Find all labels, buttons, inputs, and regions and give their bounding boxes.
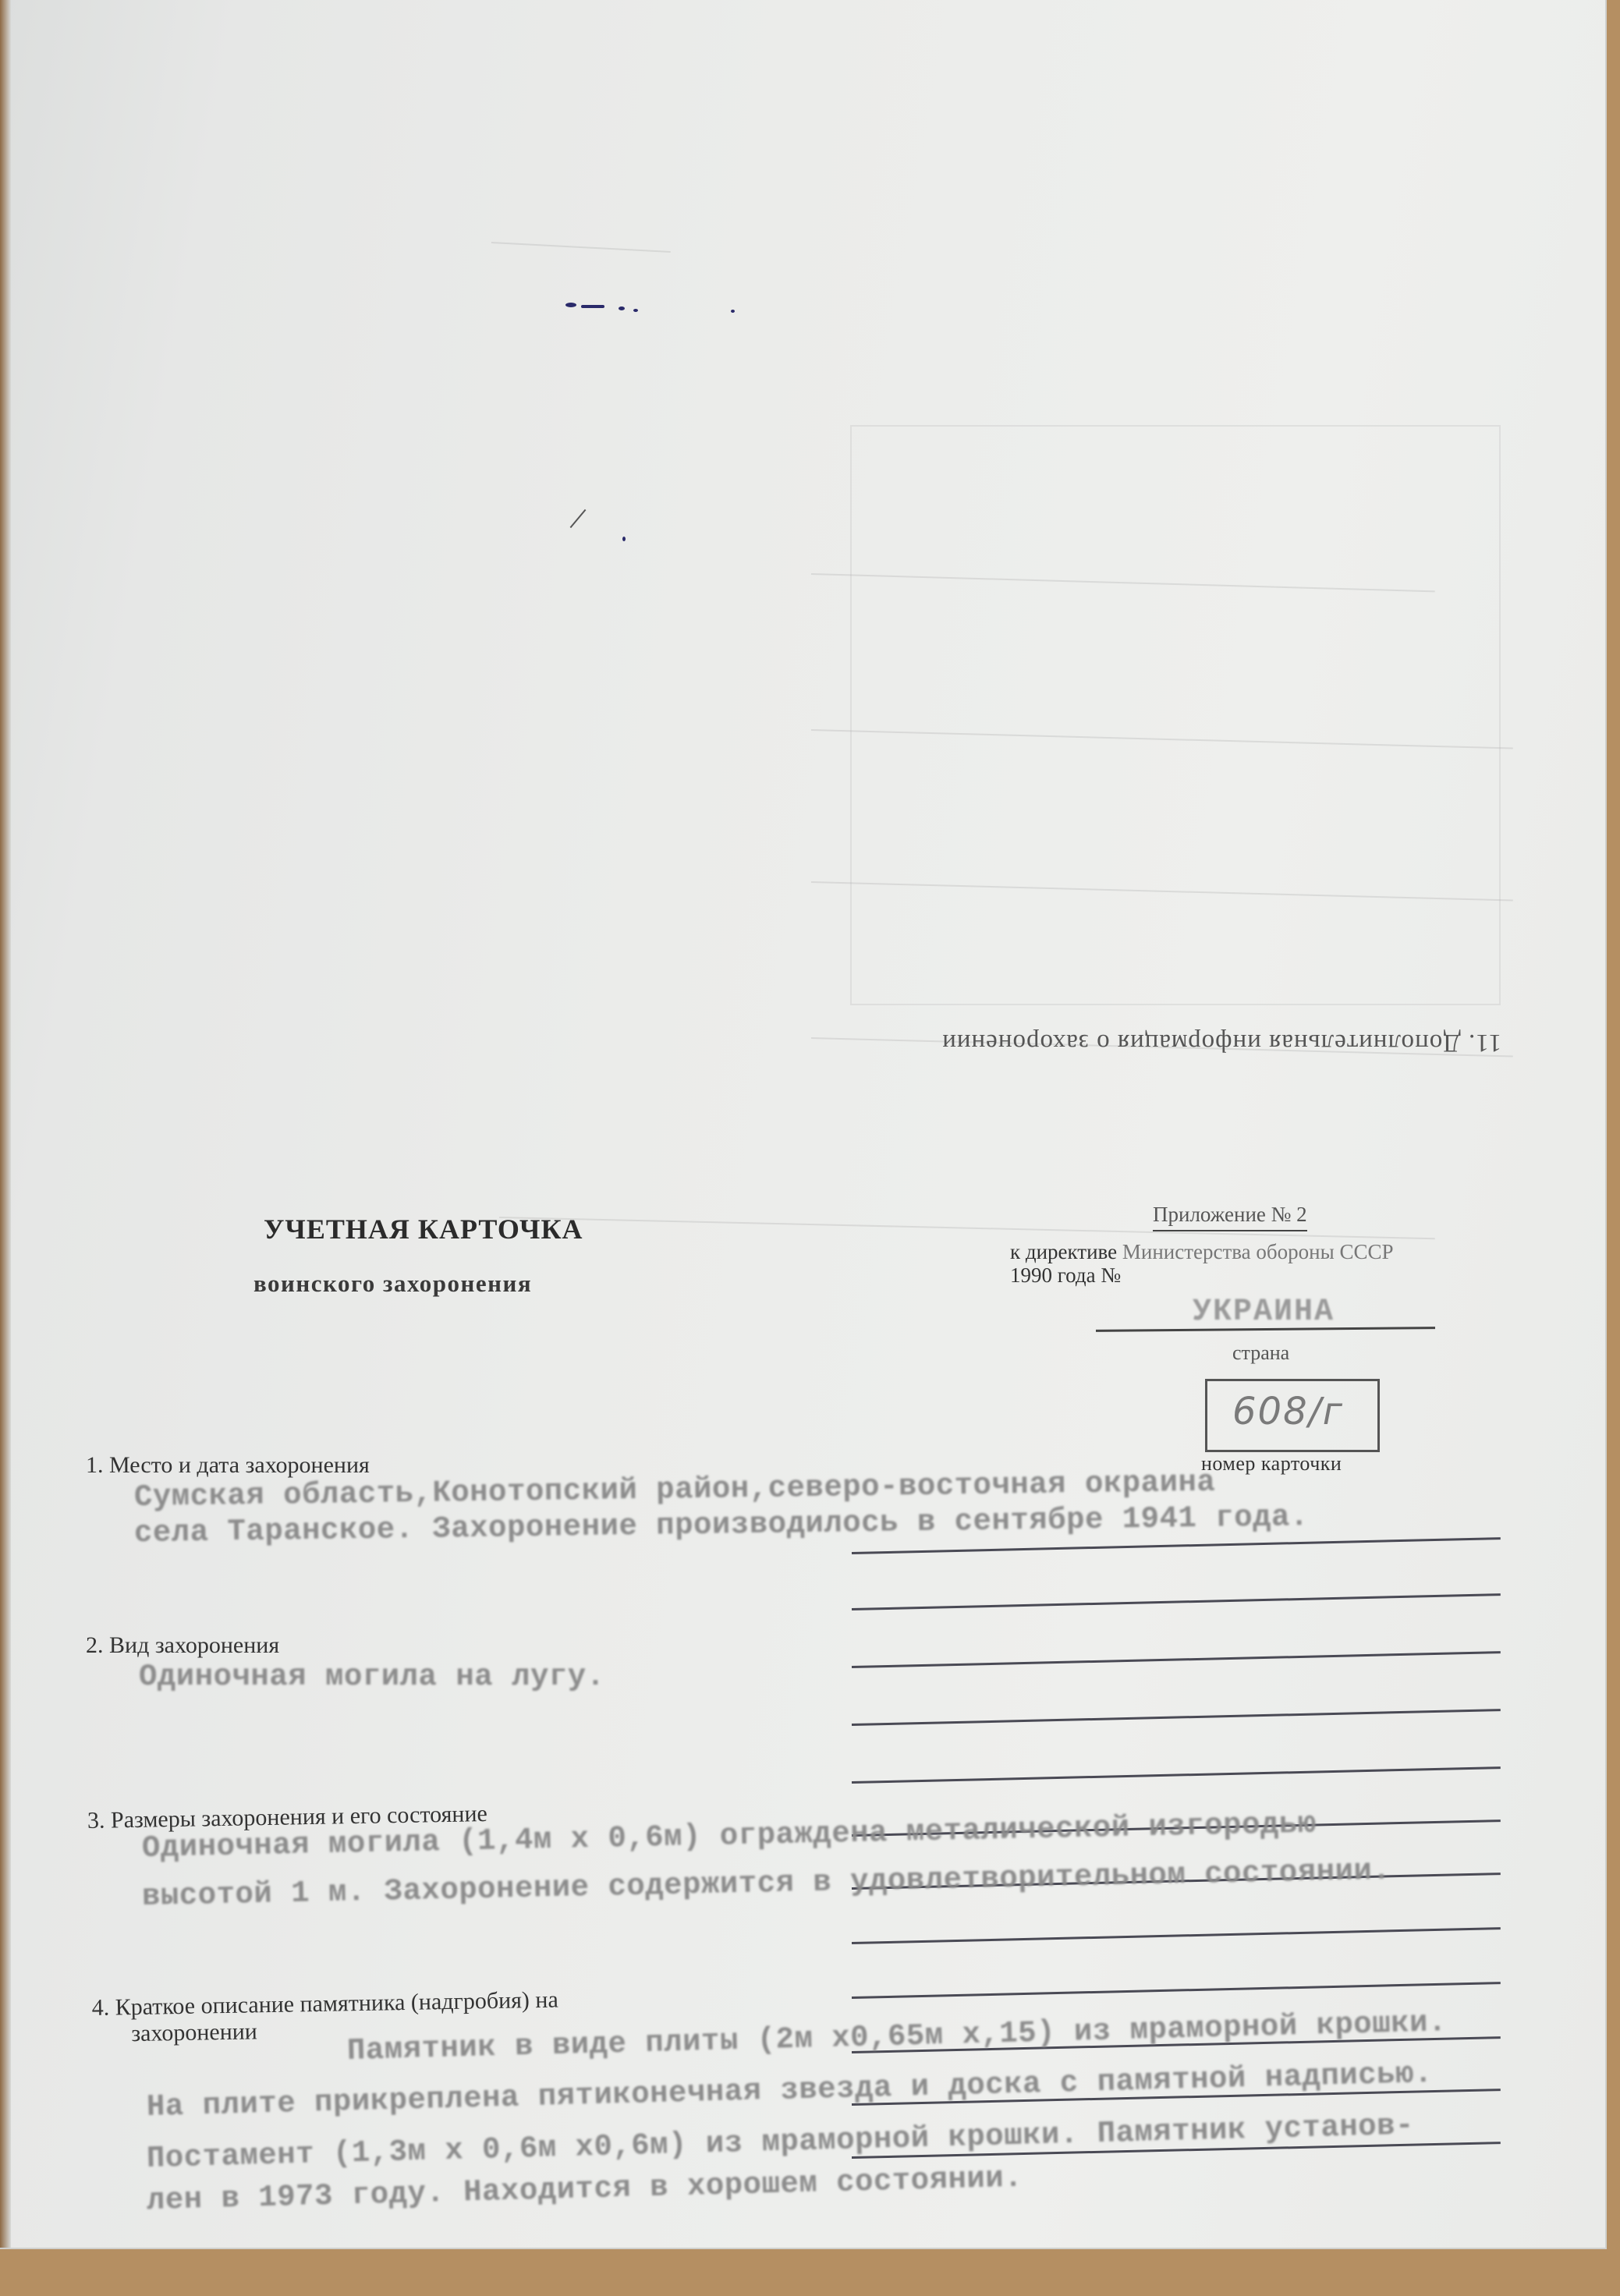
- form-rule: [852, 1709, 1501, 1726]
- form-rule: [852, 1982, 1501, 1999]
- appendix-label: Приложение № 2: [1153, 1203, 1307, 1231]
- ink-speck: [633, 309, 638, 312]
- section-3-line-2: высотой 1 м. Захоронение содержится в уд…: [142, 1853, 1391, 1914]
- ink-speck: [581, 305, 604, 308]
- form-rule: [852, 1766, 1501, 1784]
- ink-speck: [565, 303, 576, 307]
- directive-reference: к директиве Министерства обороны СССР 19…: [1010, 1240, 1394, 1287]
- section-2-line-1: Одиночная могила на лугу.: [139, 1660, 605, 1694]
- ink-speck: [731, 310, 735, 313]
- form-rule: [852, 1593, 1501, 1610]
- ink-speck: [619, 306, 625, 310]
- section-2-label: 2. Вид захоронения: [86, 1632, 279, 1659]
- document-page: 11. Дополнительная информация о захороне…: [0, 0, 1607, 2249]
- ink-scratch: [570, 509, 587, 528]
- form-rule: [852, 1651, 1501, 1668]
- form-rule: [852, 1537, 1501, 1554]
- directive-prefix: к директиве: [1010, 1240, 1117, 1263]
- section-1-label: 1. Место и дата захоронения: [86, 1452, 370, 1479]
- card-number-value: 608/г: [1232, 1390, 1344, 1433]
- section-11-label: 11. Дополнительная информация о захороне…: [862, 1028, 1501, 1057]
- directive-org: Министерства обороны СССР: [1122, 1240, 1394, 1263]
- card-number-label: номер карточки: [1201, 1452, 1342, 1476]
- directive-year: 1990 года №: [1010, 1263, 1121, 1287]
- form-rule: [852, 1927, 1501, 1944]
- country-label: страна: [1232, 1341, 1289, 1365]
- country-value: УКРАИНА: [1092, 1295, 1435, 1330]
- ink-speck: [622, 537, 626, 541]
- card-subtitle: воинского захоронения: [253, 1270, 532, 1298]
- card-title: УЧЕТНАЯ КАРТОЧКА: [264, 1213, 583, 1245]
- additional-info-box: [850, 425, 1501, 1005]
- bleed-through-line: [491, 242, 671, 253]
